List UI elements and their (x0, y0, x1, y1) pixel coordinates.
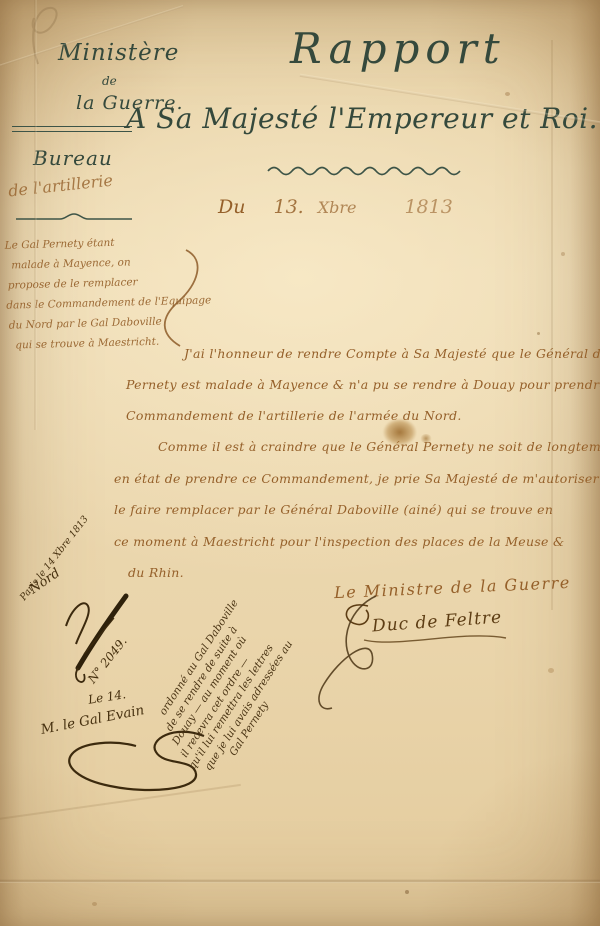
wavy-rule (266, 166, 472, 176)
paper-crease (0, 879, 600, 883)
ministry-name: Ministère (58, 40, 179, 66)
body-line: Comme il est à craindre que le Général P… (114, 431, 600, 463)
body-line: Pernety est malade à Mayence & n'a pu se… (126, 369, 600, 400)
apostille-flourish-icon (280, 588, 400, 718)
date-month: Xbre (318, 198, 357, 217)
page-subtitle: A Sa Majesté l'Empereur et Roi. (126, 102, 598, 135)
foxing-spot (537, 332, 540, 335)
foxing-spot (505, 92, 510, 96)
page-title: Rapport (290, 24, 506, 73)
ornament-rule (14, 212, 136, 222)
body-paragraph-2: Comme il est à craindre que le Général P… (114, 431, 600, 589)
foxing-spot (561, 252, 565, 256)
bureau-label: Bureau (33, 146, 113, 170)
date-line: Du13.Xbre1813 (218, 196, 453, 218)
body-line: ce moment à Maestricht pour l'inspection… (114, 526, 600, 558)
ministry-de: de (102, 74, 117, 88)
body-paragraph-1: J'ai l'honneur de rendre Compte à Sa Maj… (126, 338, 600, 431)
foxing-spot (405, 890, 409, 894)
foxing-spot (548, 668, 554, 673)
body-line: J'ai l'honneur de rendre Compte à Sa Maj… (126, 338, 600, 369)
foxing-spot (92, 902, 97, 906)
ink-stain-small (420, 434, 432, 443)
bureau-subject: de l'artillerie (7, 171, 113, 201)
date-prefix: Du (218, 196, 245, 218)
body-line: Commandement de l'artillerie de l'armée … (126, 400, 600, 431)
paraph-flourish-icon (52, 586, 152, 696)
body-line: en état de prendre ce Commandement, je p… (114, 463, 600, 495)
date-year: 1813 (404, 196, 452, 218)
double-rule (12, 126, 132, 132)
body-line: le faire remplacer par le Général Dabovi… (114, 494, 600, 526)
document-page: Ministère de la Guerre. Bureau de l'arti… (0, 0, 600, 926)
date-day: 13. (273, 196, 303, 218)
